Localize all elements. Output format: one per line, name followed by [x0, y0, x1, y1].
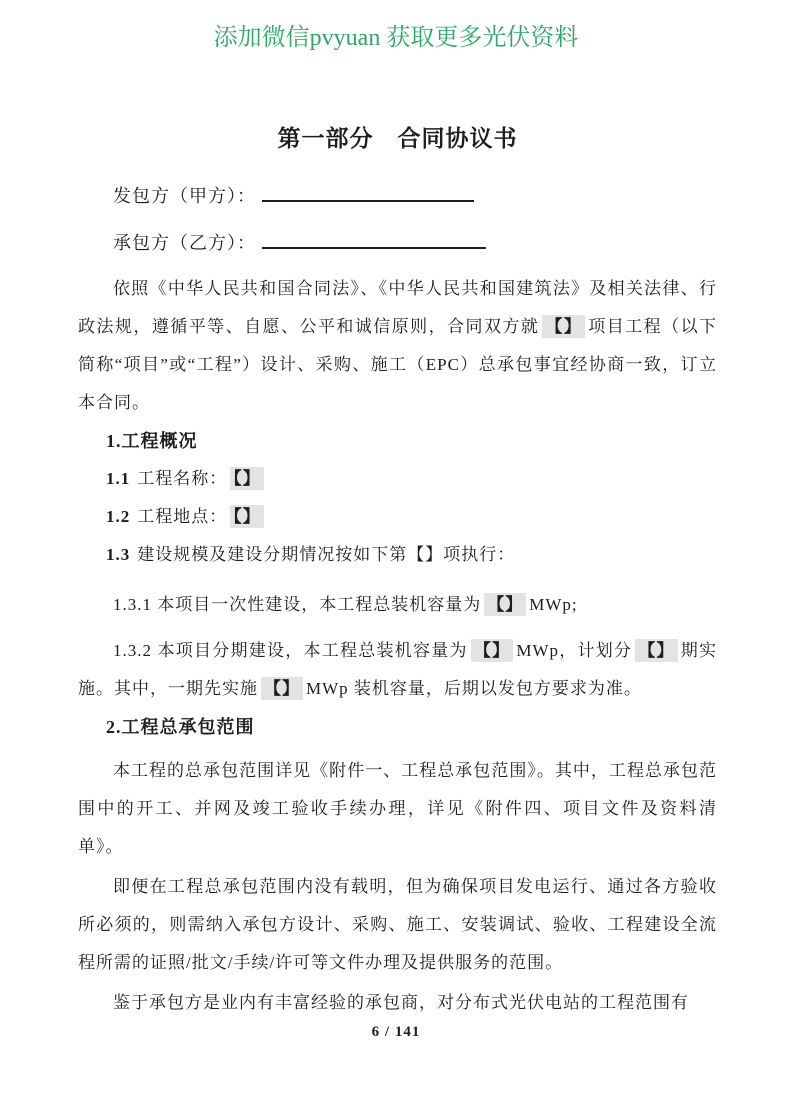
party-a-blank-field[interactable]	[262, 183, 474, 202]
party-b-label: 承包方（乙方）：	[113, 233, 256, 253]
phase-count-placeholder-field[interactable]: 【】	[635, 639, 678, 662]
intro-paragraph: 依照《中华人民共和国合同法》、《中华人民共和国建筑法》及相关法律、行政法规，遵循…	[78, 270, 717, 422]
clause-1-3-2-text-1: MWp，计划分	[516, 641, 632, 660]
clause-1-3: 1.3建设规模及建设分期情况按如下第【】项执行：	[78, 536, 717, 574]
clause-1-1-number: 1.1	[106, 469, 130, 488]
clause-1-2-label: 工程地点：	[137, 507, 227, 526]
clause-1-3-1-text-pre: 1.3.1 本项目一次性建设，本工程总装机容量为	[113, 595, 481, 614]
page-number: 6 / 141	[0, 1024, 792, 1041]
party-a-line: 发包方（甲方）：	[78, 183, 717, 209]
party-b-blank-field[interactable]	[262, 230, 486, 249]
project-name-placeholder-field[interactable]: 【】	[542, 315, 585, 338]
clause-1-1-label: 工程名称：	[137, 469, 227, 488]
project-title-placeholder-field[interactable]: 【】	[230, 467, 264, 490]
clause-1-2-number: 1.2	[106, 507, 130, 526]
total-capacity-placeholder-field[interactable]: 【】	[471, 639, 514, 662]
clause-1-3-1-text-post: MWp;	[529, 595, 577, 614]
capacity-placeholder-field[interactable]: 【】	[484, 593, 526, 616]
scope-paragraph-1: 本工程的总承包范围详见《附件一、工程总承包范围》。其中，工程总承包范围中的开工、…	[78, 752, 717, 866]
clause-1-3-number: 1.3	[106, 545, 130, 564]
clause-1-1: 1.1工程名称：【】	[78, 460, 717, 498]
party-b-line: 承包方（乙方）：	[78, 230, 717, 256]
phase-one-capacity-placeholder-field[interactable]: 【】	[261, 677, 303, 700]
section-1-heading: 1.工程概况	[78, 422, 717, 460]
party-a-label: 发包方（甲方）：	[113, 186, 256, 206]
section-2-heading: 2.工程总承包范围	[78, 708, 717, 746]
document-page: 添加微信pvyuan 获取更多光伏资料 第一部分 合同协议书 发包方（甲方）： …	[0, 0, 792, 1120]
scope-paragraph-2: 即便在工程总承包范围内没有载明，但为确保项目发电运行、通过各方验收所必须的，则需…	[78, 868, 717, 982]
project-location-placeholder-field[interactable]: 【】	[230, 505, 264, 528]
scope-paragraph-3: 鉴于承包方是业内有丰富经验的承包商，对分布式光伏电站的工程范围有	[78, 984, 717, 1022]
clause-1-3-2: 1.3.2 本项目分期建设，本工程总装机容量为【】MWp，计划分【】期实施。其中…	[78, 632, 717, 708]
clause-1-3-1: 1.3.1 本项目一次性建设，本工程总装机容量为【】MWp;	[78, 586, 717, 624]
clause-1-3-2-text-3: MWp 装机容量，后期以发包方要求为准。	[306, 679, 642, 698]
clause-1-2: 1.2工程地点：【】	[78, 498, 717, 536]
page-content: 第一部分 合同协议书 发包方（甲方）： 承包方（乙方）： 依照《中华人民共和国合…	[0, 124, 792, 1022]
page-title: 第一部分 合同协议书	[78, 124, 717, 154]
clause-1-3-text: 建设规模及建设分期情况按如下第【】项执行：	[137, 545, 515, 564]
clause-1-3-2-text-pre: 1.3.2 本项目分期建设，本工程总装机容量为	[113, 641, 468, 660]
promo-banner: 添加微信pvyuan 获取更多光伏资料	[0, 0, 792, 54]
